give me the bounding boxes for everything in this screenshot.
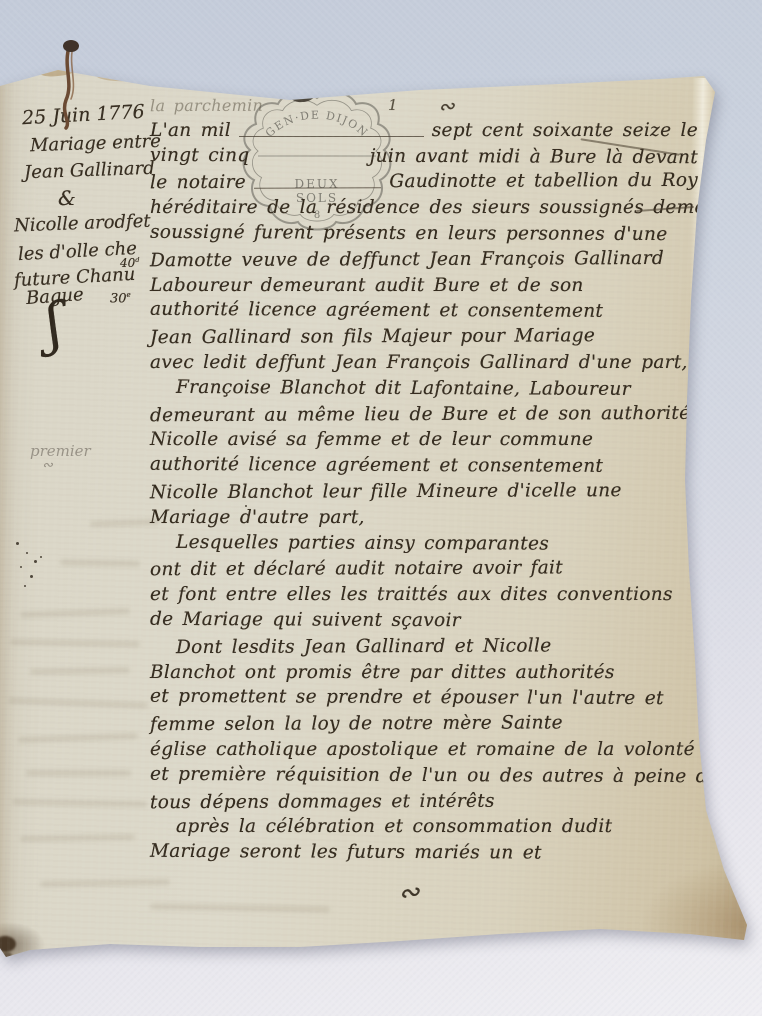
margin-note: 30e bbox=[110, 290, 131, 306]
margin-note: Jean Gallinard bbox=[24, 158, 155, 184]
margin-notes: 25 Juin 1776Mariage entreJean Gallinard&… bbox=[0, 0, 762, 1016]
binding-thread-icon bbox=[48, 38, 100, 130]
paper-sheet: GEN·DE DIJON DEUX SOLS 8 la parcheminL'a… bbox=[0, 0, 762, 1016]
margin-note: & bbox=[58, 186, 76, 210]
paper-wrap: GEN·DE DIJON DEUX SOLS 8 la parcheminL'a… bbox=[0, 0, 762, 1016]
manuscript-photo: GEN·DE DIJON DEUX SOLS 8 la parcheminL'a… bbox=[0, 0, 762, 1016]
margin-note: 40d bbox=[120, 256, 140, 270]
margin-note: Mariage entre bbox=[30, 131, 162, 157]
margin-note: Nicolle arodfet bbox=[14, 211, 151, 237]
end-flourish: ∾ bbox=[396, 877, 422, 910]
stamp-plume bbox=[308, 90, 326, 96]
page-number-mark: 1 bbox=[388, 96, 398, 114]
header-flourish: ∾ bbox=[437, 93, 456, 119]
pencil-flourish: ∾ bbox=[42, 458, 53, 473]
pencil-note: premier bbox=[30, 442, 91, 460]
ink-blot bbox=[2, 952, 12, 959]
